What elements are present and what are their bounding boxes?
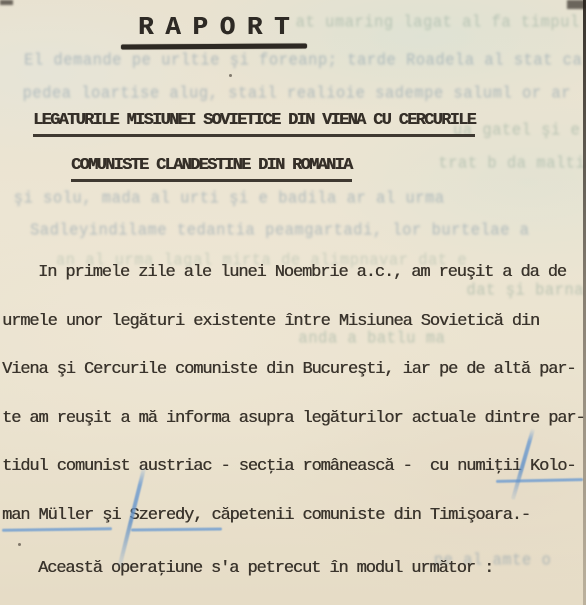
title-underline [121, 44, 307, 50]
paragraph-line: Această operaţiune s'a petrecut în modul… [2, 545, 586, 594]
paragraph-line: In primele zile ale lunei Noembrie a.c.,… [2, 249, 586, 298]
heading-line-1: LEGATURILE MISIUNEI SOVIETICE DIN VIENA … [33, 111, 475, 137]
ghost-text: şi solu, mada al urti şi e badila ar al … [14, 189, 445, 208]
report-title: R A P O R T [138, 12, 288, 42]
ghost-text: trat b da maltia [438, 154, 586, 173]
paragraph-line: te am reuşit a mă informa asupra legătur… [2, 395, 586, 444]
ghost-text: pedea loartise alug, stail realioie sade… [23, 84, 571, 103]
main-paragraph: In primele zile ale lunei Noembrie a.c.,… [2, 249, 586, 540]
paragraph-line: urmele unor legături existente între Mis… [2, 298, 586, 347]
heading-line-2: COMUNISTE CLANDESTINE DIN ROMANIA [71, 156, 352, 182]
scan-smudge [567, 0, 586, 9]
paragraph-line: man Müller şi Szeredy, căpetenii comunis… [2, 492, 586, 541]
ghost-text: at umaring lagat al fa timpul gedaemi lo… [296, 13, 586, 32]
closing-paragraph: Această operaţiune s'a petrecut în modul… [2, 545, 586, 594]
ink-speck [229, 74, 232, 77]
scanned-report-page: at umaring lagat al fa timpul gedaemi lo… [0, 0, 586, 605]
ink-speck [18, 543, 21, 546]
paragraph-line: Viena şi Cercurile comuniste din Bucureş… [2, 346, 586, 395]
scan-smudge [0, 0, 13, 5]
ghost-text: Sadleyindilame tedantia peamgartadi, lor… [30, 221, 529, 240]
paragraph-line: tidul comunist austriac - secţia românea… [2, 443, 586, 492]
ghost-text: El demande pe urltie şi foreanp; tarde R… [24, 51, 586, 70]
